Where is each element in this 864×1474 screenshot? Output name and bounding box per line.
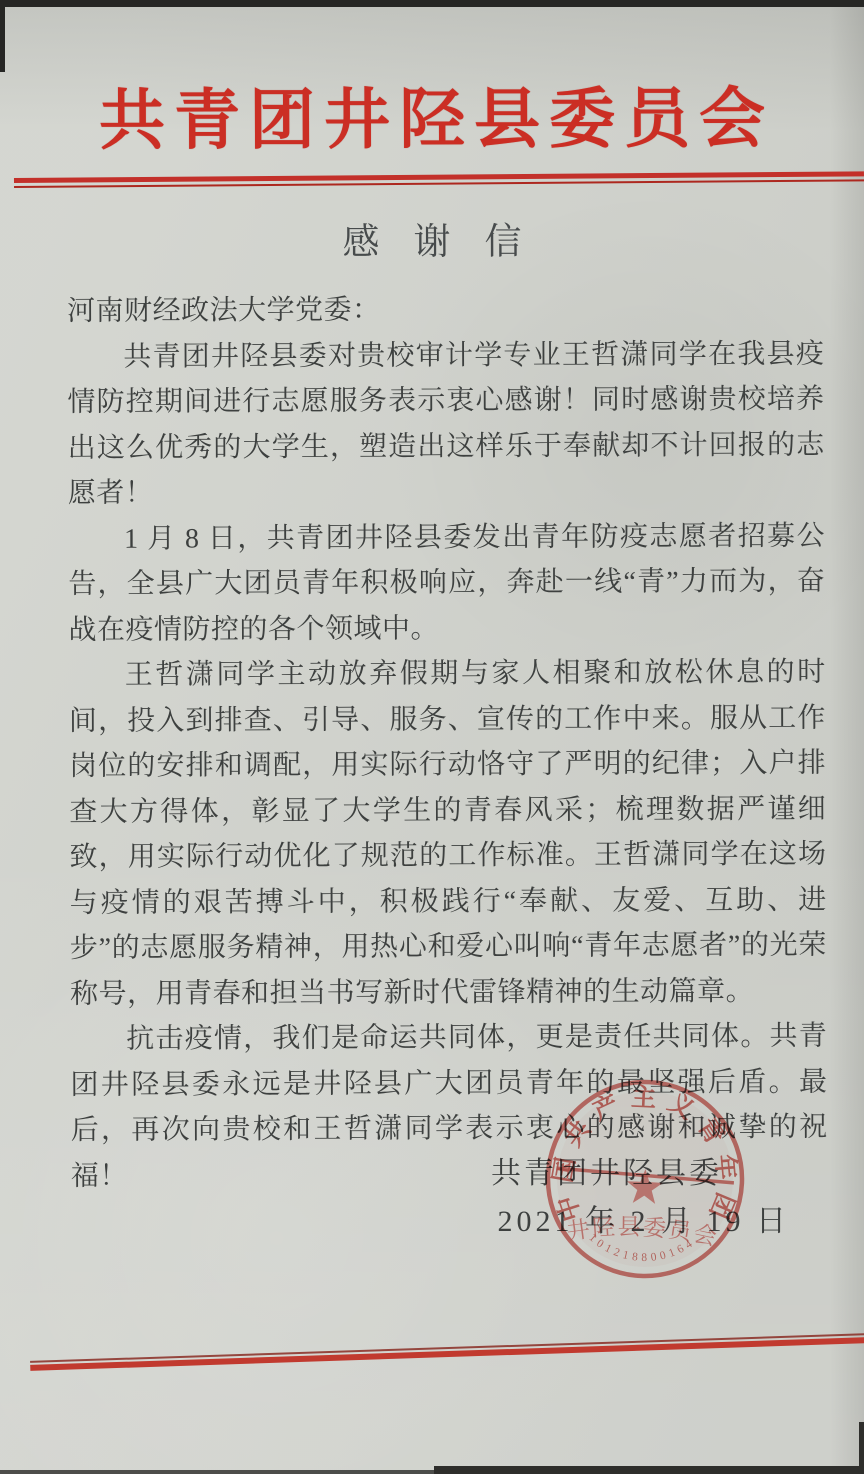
letterhead-org-name: 共青团井陉县委员会 xyxy=(0,80,864,161)
photo-edge-right xyxy=(859,1422,864,1474)
letter-body: 河南财经政法大学党委： 共青团井陉县委对贵校审计学专业王哲潇同学在我县疫情防控期… xyxy=(67,286,828,1199)
official-seal: 中国共产主义青年团 井陉县委员会 101218800164 xyxy=(538,1072,753,1287)
letterhead-rule xyxy=(14,171,864,188)
rule-thick-line xyxy=(30,1337,864,1371)
thank-you-letter-photo: 共青团井陉县委员会 感谢信 河南财经政法大学党委： 共青团井陉县委对贵校审计学专… xyxy=(0,0,864,1474)
letter-paragraph: 王哲潇同学主动放弃假期与家人相聚和放松休息的时间，投入到排查、引导、服务、宣传的… xyxy=(69,650,828,1017)
salutation: 河南财经政法大学党委： xyxy=(67,286,824,335)
photo-edge-bottom-right xyxy=(434,1466,864,1474)
photo-edge-top xyxy=(0,0,864,7)
rule-thin-line xyxy=(30,1333,864,1363)
letter-paragraph: 共青团井陉县委对贵校审计学专业王哲潇同学在我县疫情防控期间进行志愿服务表示衷心感… xyxy=(67,331,825,516)
photo-edge-left xyxy=(0,0,5,72)
bottom-rule xyxy=(30,1333,864,1371)
letter-title: 感谢信 xyxy=(0,209,864,266)
letter-paragraph: 1 月 8 日，共青团井陉县委发出青年防疫志愿者招募公告，全县广大团员青年积极响… xyxy=(68,513,826,653)
